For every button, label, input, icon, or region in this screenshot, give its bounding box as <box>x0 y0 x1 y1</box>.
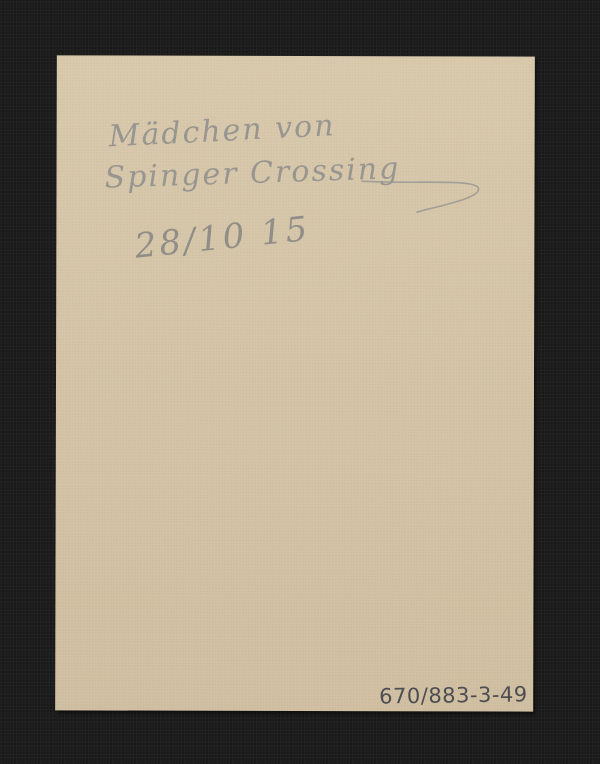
pencil-swash-icon <box>356 176 486 216</box>
handwriting-line-1: Mädchen von <box>108 108 336 154</box>
handwriting-date: 28/10 15 <box>133 209 312 267</box>
catalog-number: 670/883-3-49 <box>379 682 528 708</box>
photo-scene: Mädchen von Spinger Crossing 28/10 15 67… <box>0 0 600 764</box>
card-back: Mädchen von Spinger Crossing 28/10 15 67… <box>55 55 535 711</box>
